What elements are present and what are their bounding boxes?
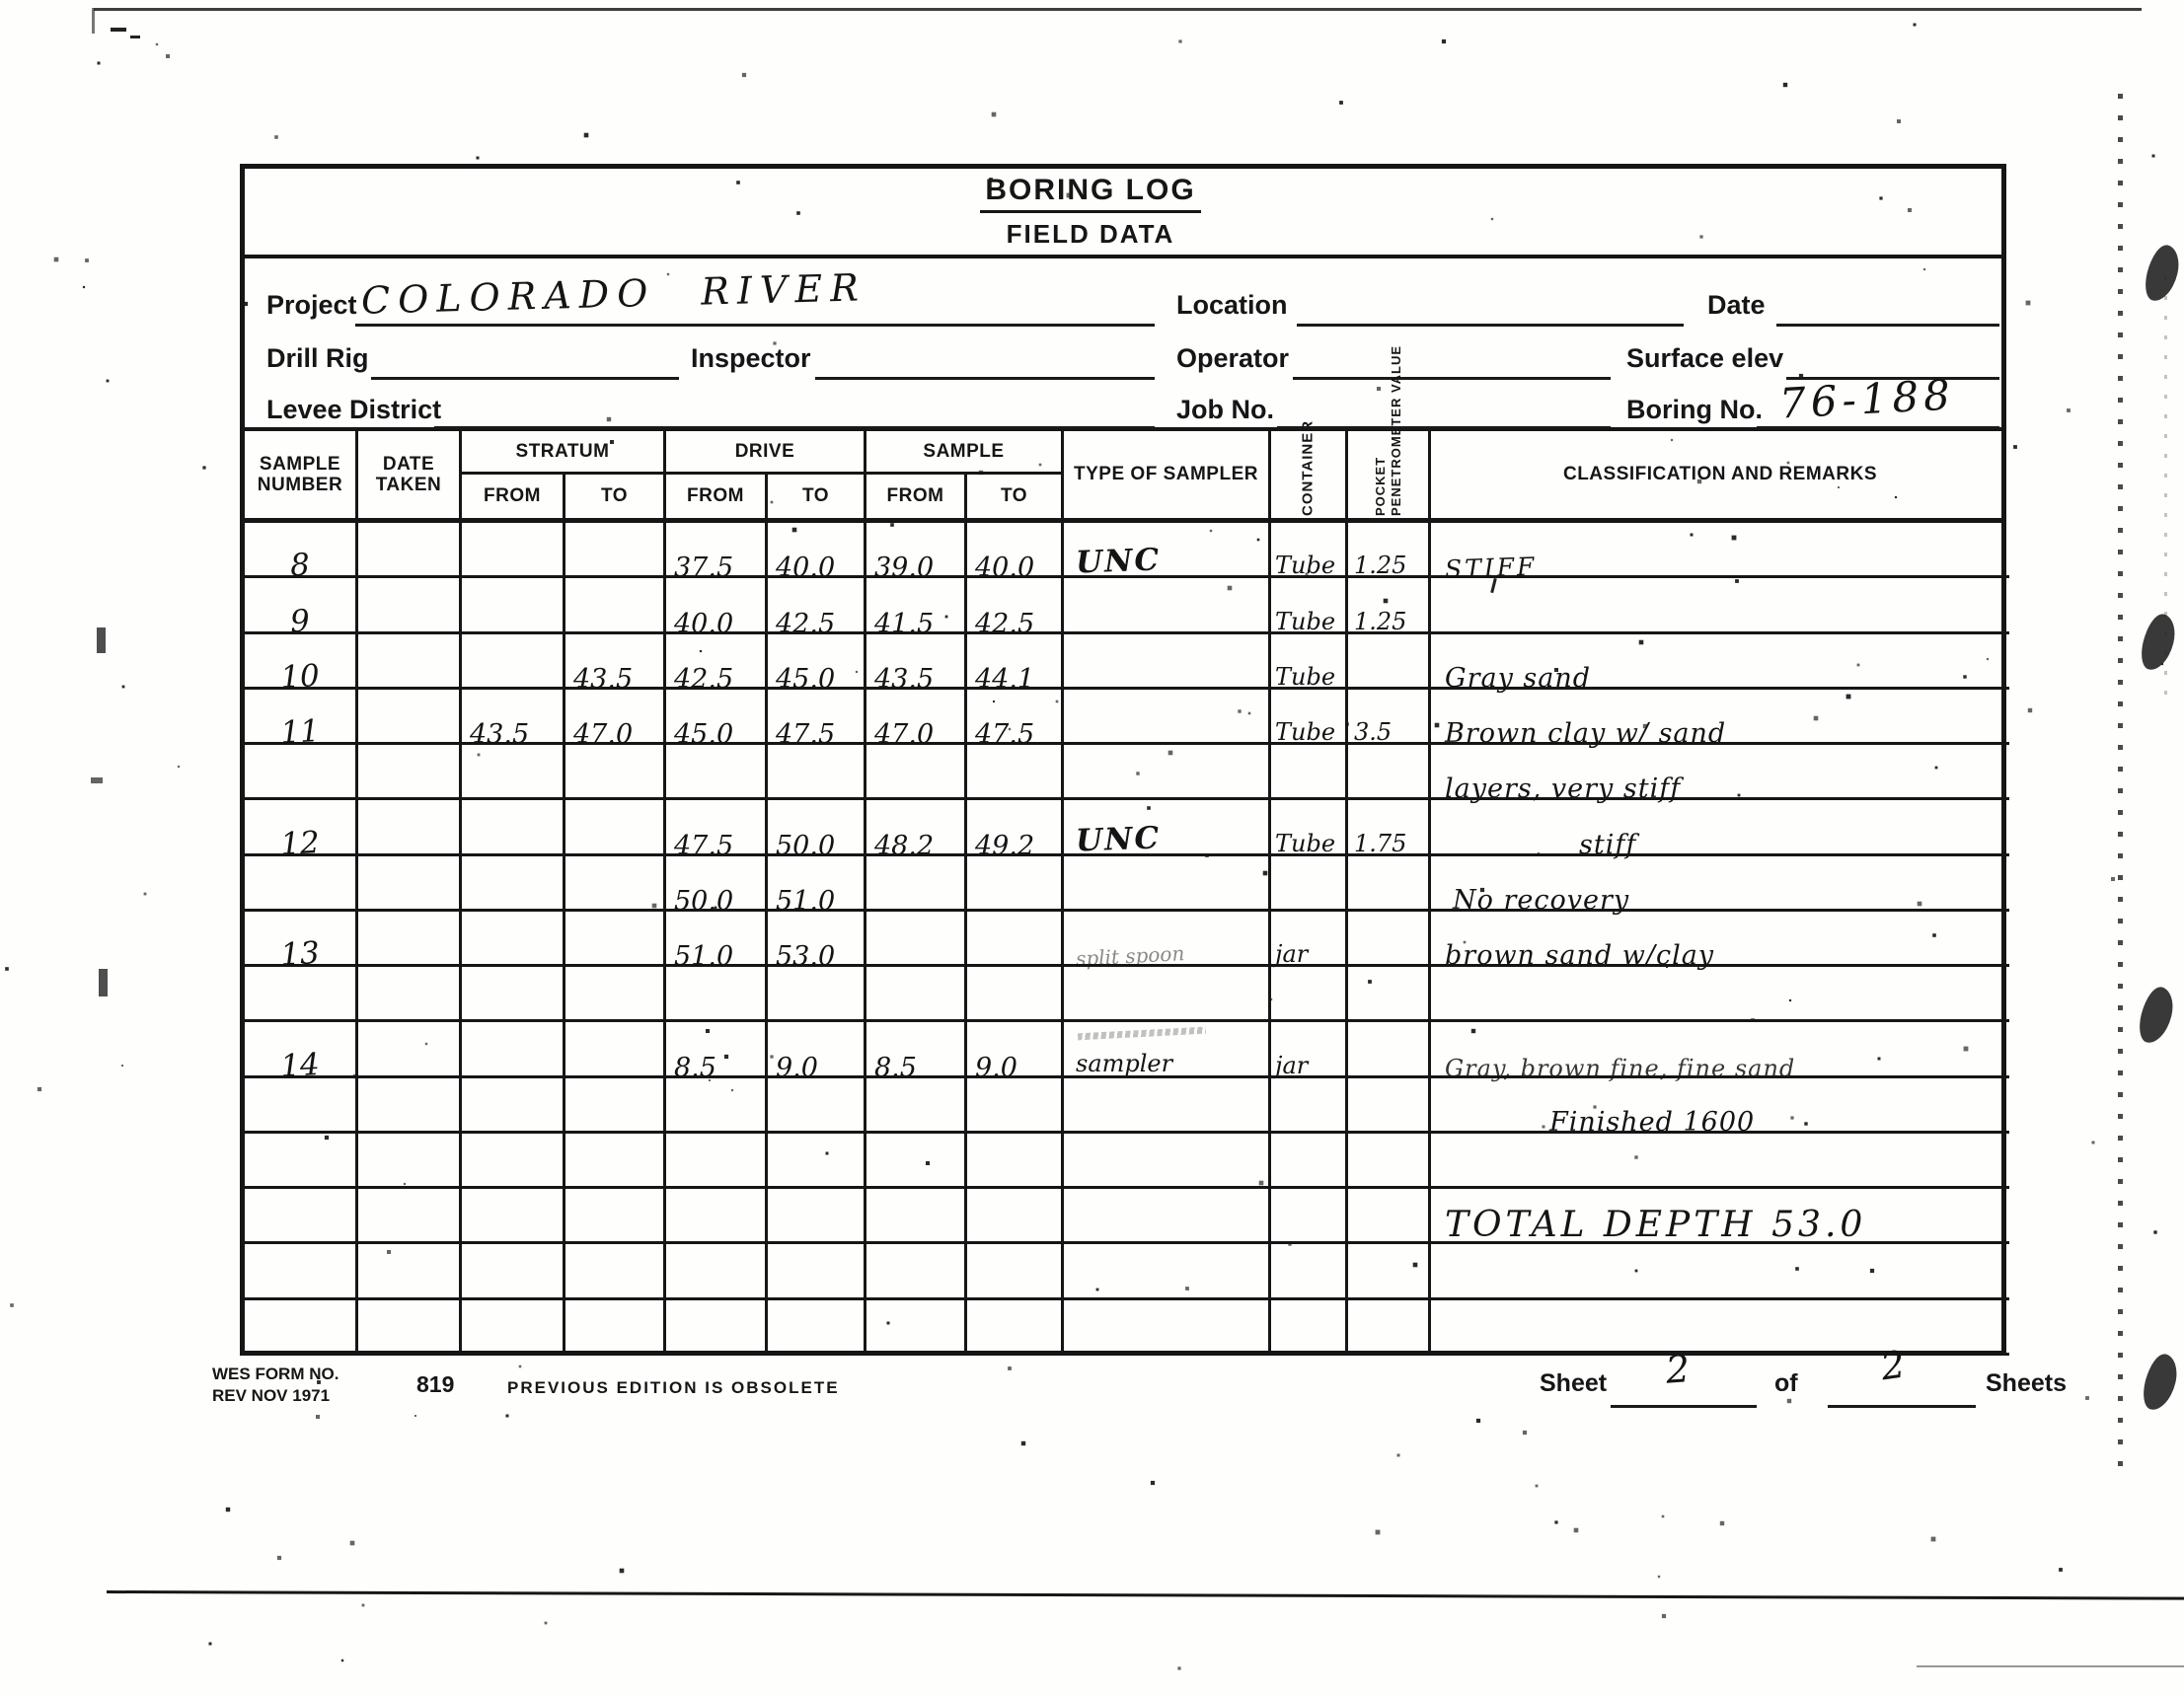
cell-stratum-to — [565, 912, 666, 967]
boring-no-label: Boring No. — [1626, 395, 1763, 425]
cell-remarks: No recovery — [1431, 856, 2009, 912]
cell-drive-to: 42.5 — [768, 578, 866, 633]
cell-drive-from — [666, 1189, 768, 1244]
sheets-label: Sheets — [1986, 1369, 2067, 1398]
cell-sampler — [1064, 690, 1271, 745]
location-line — [1297, 324, 1684, 327]
cell-sample — [245, 1078, 358, 1134]
header-classification: CLASSIFICATION AND REMARKS — [1431, 431, 2009, 518]
cell-stratum-from — [462, 634, 565, 690]
cell-sample-to — [967, 1078, 1064, 1134]
cell-date — [358, 912, 462, 967]
cell-pen — [1348, 745, 1431, 800]
cell-sample — [245, 1134, 358, 1189]
drill-rig-line — [371, 377, 679, 380]
cell-sample-to — [967, 1300, 1064, 1356]
cell-date — [358, 800, 462, 855]
cell-drive-to: 47.5 — [768, 690, 866, 745]
margin-mark — [130, 36, 140, 38]
ink-smudge — [2139, 1351, 2181, 1414]
cell-drive-to: 50.0 — [768, 800, 866, 855]
cell-sample — [245, 1300, 358, 1356]
cell-stratum-to — [565, 1022, 666, 1077]
cell-stratum-to — [565, 1134, 666, 1189]
title-block: BORING LOG FIELD DATA — [245, 169, 2001, 258]
wes-form-rev: REV NOV 1971 — [212, 1386, 330, 1406]
container-vertical-label: CONTAINER — [1299, 353, 1318, 516]
cell-sample-from: 41.5 — [866, 578, 967, 633]
cell-container — [1271, 1078, 1348, 1134]
cell-drive-from — [666, 1078, 768, 1134]
cell-stratum-to — [565, 1300, 666, 1356]
cell-drive-from: 40.0 — [666, 578, 768, 633]
cell-stratum-from — [462, 578, 565, 633]
cell-sample-from: 48.2 — [866, 800, 967, 855]
header-stratum-from: FROM — [462, 475, 565, 518]
cell-sample-to: 40.0 — [967, 523, 1064, 578]
cell-drive-to: 45.0 — [768, 634, 866, 690]
cell-stratum-to — [565, 745, 666, 800]
cell-sample-to — [967, 1134, 1064, 1189]
cell-date — [358, 690, 462, 745]
cell-sampler: split spoon — [1064, 912, 1271, 967]
handwritten-entry: 1.25 — [1354, 552, 1406, 579]
cell-drive-from — [666, 1244, 768, 1299]
cell-drive-to: 53.0 — [768, 912, 866, 967]
cell-sampler — [1064, 1134, 1271, 1189]
cell-drive-to: 51.0 — [768, 856, 866, 912]
cell-sampler: sampler — [1064, 1022, 1271, 1077]
cell-sample-from — [866, 967, 967, 1022]
cell-remarks: STIFF — [1431, 523, 2009, 578]
cell-drive-from: 37.5 — [666, 523, 768, 578]
cell-container: jar — [1271, 1022, 1348, 1077]
header-sample-from: FROM — [866, 475, 967, 518]
cell-sample-to — [967, 967, 1064, 1022]
paper-top-edge — [94, 8, 2142, 11]
cell-pen — [1348, 1244, 1431, 1299]
cell-stratum-from — [462, 800, 565, 855]
wes-form-no: WES FORM NO. — [212, 1364, 339, 1384]
cell-container: Tube — [1271, 523, 1348, 578]
cell-container: Tube — [1271, 634, 1348, 690]
cell-drive-from — [666, 1300, 768, 1356]
cell-sample: 10 — [245, 634, 358, 690]
cell-container — [1271, 1134, 1348, 1189]
sheet-label: Sheet — [1540, 1369, 1607, 1398]
cell-remarks: Finished 1600 — [1431, 1078, 2009, 1134]
cell-stratum-to — [565, 1189, 666, 1244]
cell-sample-to — [967, 856, 1064, 912]
cell-stratum-from — [462, 1078, 565, 1134]
header-pocket-penetrometer: POCKET PENETROMETER VALUE — [1348, 431, 1431, 518]
cell-sample-from — [866, 856, 967, 912]
info-block: Project COLORADO RIVER Location Date Dri… — [245, 258, 2001, 431]
cell-remarks — [1431, 1244, 2009, 1299]
project-label: Project — [266, 290, 357, 321]
cell-sample: 13 — [245, 912, 358, 967]
cell-remarks — [1431, 967, 2009, 1022]
margin-mark — [97, 627, 106, 653]
drill-rig-label: Drill Rig — [266, 343, 369, 374]
handwritten-entry: UNC — [1075, 820, 1161, 858]
date-label: Date — [1707, 290, 1766, 321]
form-subtitle: FIELD DATA — [1007, 219, 1175, 250]
job-no-label: Job No. — [1176, 395, 1274, 425]
cell-container: jar — [1271, 912, 1348, 967]
cell-sample — [245, 967, 358, 1022]
cell-drive-from: 47.5 — [666, 800, 768, 855]
paper-bottom-edge — [107, 1590, 2184, 1600]
header-drive-to: TO — [768, 475, 866, 518]
perforation-dots — [2118, 94, 2123, 1470]
ink-smudge — [2137, 611, 2179, 674]
ink-smudge — [2141, 242, 2183, 305]
cell-pen — [1348, 1022, 1431, 1077]
inspector-label: Inspector — [691, 343, 811, 374]
cell-drive-from: 42.5 — [666, 634, 768, 690]
cell-date — [358, 1189, 462, 1244]
header-sample-to: TO — [967, 475, 1064, 518]
cell-sample: 12 — [245, 800, 358, 855]
cell-date — [358, 745, 462, 800]
cell-pen: 1.25 — [1348, 578, 1431, 633]
cell-remarks: Brown clay w/ sand — [1431, 690, 2009, 745]
cell-sample-to: 9.0 — [967, 1022, 1064, 1077]
header-drive-from: FROM — [666, 475, 768, 518]
header-stratum-to: TO — [565, 475, 666, 518]
cell-sampler — [1064, 1189, 1271, 1244]
cell-date — [358, 967, 462, 1022]
cell-remarks — [1431, 1300, 2009, 1356]
cell-date — [358, 1134, 462, 1189]
handwritten-entry: Tube — [1275, 830, 1335, 857]
cell-sampler: UNC — [1064, 523, 1271, 578]
cell-container — [1271, 1244, 1348, 1299]
cell-stratum-to: 47.0 — [565, 690, 666, 745]
cell-sampler — [1064, 1078, 1271, 1134]
cell-sample-from: 8.5 — [866, 1022, 967, 1077]
sheet-value: 2 — [1664, 1347, 1691, 1392]
cell-sample: 9 — [245, 578, 358, 633]
table-body: 837.540.039.040.0UNCTube1.25STIFF940.042… — [245, 523, 2001, 1356]
cell-sample-to: 42.5 — [967, 578, 1064, 633]
handwritten-entry: jar — [1275, 940, 1308, 968]
cell-container — [1271, 1189, 1348, 1244]
cell-stratum-to — [565, 1244, 666, 1299]
table-header: SAMPLE NUMBER DATE TAKEN STRATUM FROM TO… — [245, 431, 2001, 523]
cell-drive-to: 9.0 — [768, 1022, 866, 1077]
header-container: CONTAINER — [1271, 431, 1348, 518]
cell-sample-to: 49.2 — [967, 800, 1064, 855]
cell-pen — [1348, 967, 1431, 1022]
cell-stratum-to — [565, 856, 666, 912]
cell-remarks: Gray, brown fine, fine sand — [1431, 1022, 2009, 1077]
operator-line — [1293, 377, 1611, 380]
cell-sampler — [1064, 856, 1271, 912]
cell-stratum-from — [462, 745, 565, 800]
cell-pen — [1348, 912, 1431, 967]
cell-drive-from: 8.5 — [666, 1022, 768, 1077]
cell-sample-to — [967, 912, 1064, 967]
handwritten-entry: TOTAL DEPTH 53.0 — [1445, 1205, 1866, 1245]
handwritten-entry: Tube — [1275, 718, 1335, 746]
scan-noise — [0, 0, 2, 2]
cell-container: Tube — [1271, 578, 1348, 633]
cell-drive-from: 50.0 — [666, 856, 768, 912]
cell-drive-from: 45.0 — [666, 690, 768, 745]
cell-remarks: layers, very stiff — [1431, 745, 2009, 800]
cell-stratum-from — [462, 1244, 565, 1299]
cell-stratum-from: 43.5 — [462, 690, 565, 745]
margin-mark — [99, 969, 108, 996]
cell-sample-from — [866, 1300, 967, 1356]
header-date-taken: DATE TAKEN — [358, 431, 462, 518]
cell-drive-from — [666, 745, 768, 800]
cell-drive-from — [666, 1134, 768, 1189]
cell-stratum-from — [462, 912, 565, 967]
of-label: of — [1774, 1369, 1798, 1398]
handwritten-entry: jar — [1275, 1052, 1308, 1079]
sheets-total-line — [1828, 1405, 1976, 1408]
cell-remarks — [1431, 578, 2009, 633]
cell-sampler — [1064, 745, 1271, 800]
cell-sampler — [1064, 634, 1271, 690]
boring-log-form: BORING LOG FIELD DATA Project COLORADO R… — [240, 164, 2006, 1356]
project-value: COLORADO RIVER — [361, 265, 867, 322]
cell-sample-from — [866, 745, 967, 800]
handwritten-entry: 1.75 — [1354, 830, 1406, 857]
cell-stratum-to — [565, 967, 666, 1022]
cell-stratum-to — [565, 800, 666, 855]
cell-pen — [1348, 1189, 1431, 1244]
cell-date — [358, 1300, 462, 1356]
cell-drive-from — [666, 967, 768, 1022]
levee-district-line — [434, 426, 1155, 429]
header-sample: SAMPLE — [866, 431, 1064, 475]
cell-drive-to: 40.0 — [768, 523, 866, 578]
cell-stratum-from — [462, 1189, 565, 1244]
job-no-line — [1277, 426, 1611, 429]
cell-sample-to — [967, 745, 1064, 800]
cell-sample: 8 — [245, 523, 358, 578]
handwritten-entry: 3.5 — [1354, 718, 1392, 746]
cell-stratum-from — [462, 1300, 565, 1356]
cell-sampler — [1064, 578, 1271, 633]
ink-smudge — [2135, 984, 2177, 1047]
cell-container — [1271, 745, 1348, 800]
cell-sample-from — [866, 1078, 967, 1134]
inspector-line — [815, 377, 1155, 380]
cell-container: Tube — [1271, 690, 1348, 745]
cell-date — [358, 523, 462, 578]
handwritten-entry: Tube — [1275, 552, 1335, 579]
cell-remarks: TOTAL DEPTH 53.0 — [1431, 1189, 2009, 1244]
cell-container — [1271, 856, 1348, 912]
cell-stratum-to — [565, 1078, 666, 1134]
cell-stratum-from — [462, 1022, 565, 1077]
cell-pen: 1.75 — [1348, 800, 1431, 855]
cell-pen — [1348, 1300, 1431, 1356]
cell-container — [1271, 967, 1348, 1022]
header-sample-number: SAMPLE NUMBER — [245, 431, 358, 518]
pocket-penetrometer-vertical-label: POCKET PENETROMETER VALUE — [1372, 340, 1404, 516]
cell-sample — [245, 856, 358, 912]
operator-label: Operator — [1176, 343, 1289, 374]
cell-sample — [245, 745, 358, 800]
cell-drive-to — [768, 745, 866, 800]
cell-pen: 1.25 — [1348, 523, 1431, 578]
handwritten-entry: 1.25 — [1354, 608, 1406, 635]
cell-container — [1271, 1300, 1348, 1356]
cell-sample-to: 44.1 — [967, 634, 1064, 690]
obsolete-note: PREVIOUS EDITION IS OBSOLETE — [507, 1378, 840, 1398]
cell-sampler — [1064, 1300, 1271, 1356]
cell-sample-from: 47.0 — [866, 690, 967, 745]
cell-sampler — [1064, 967, 1271, 1022]
cell-sample-from — [866, 1244, 967, 1299]
cell-remarks: brown sand w/clay — [1431, 912, 2009, 967]
cell-sample-from: 39.0 — [866, 523, 967, 578]
cell-sampler: UNC — [1064, 800, 1271, 855]
cell-date — [358, 634, 462, 690]
cell-pen — [1348, 856, 1431, 912]
handwritten-entry: Tube — [1275, 608, 1335, 635]
boring-no-value: 76-188 — [1778, 370, 1956, 427]
margin-mark — [91, 777, 103, 783]
cell-drive-to — [768, 1300, 866, 1356]
cell-sample-to: 47.5 — [967, 690, 1064, 745]
cell-pen: 3.5 — [1348, 690, 1431, 745]
cell-sample-from — [866, 1134, 967, 1189]
cell-sample-from — [866, 912, 967, 967]
form-title: BORING LOG — [980, 174, 1200, 213]
cell-drive-to — [768, 967, 866, 1022]
scanned-page: BORING LOG FIELD DATA Project COLORADO R… — [0, 0, 2184, 1696]
cell-date — [358, 578, 462, 633]
levee-district-label: Levee District — [266, 395, 441, 425]
cell-pen — [1348, 634, 1431, 690]
project-line — [355, 324, 1155, 327]
paper-top-edge-curl — [92, 8, 95, 34]
cell-pen — [1348, 1134, 1431, 1189]
cell-date — [358, 1244, 462, 1299]
date-line — [1776, 324, 1999, 327]
cell-stratum-from — [462, 523, 565, 578]
cell-remarks: Gray sand — [1431, 634, 2009, 690]
surface-elev-label: Surface elev — [1626, 343, 1783, 374]
cell-drive-to — [768, 1189, 866, 1244]
cell-sample — [245, 1189, 358, 1244]
header-stratum: STRATUM — [462, 431, 666, 475]
cell-sample — [245, 1244, 358, 1299]
margin-mark — [111, 28, 126, 32]
header-type-of-sampler: TYPE OF SAMPLER — [1064, 431, 1271, 518]
cell-stratum-to: 43.5 — [565, 634, 666, 690]
cell-drive-to — [768, 1078, 866, 1134]
header-drive: DRIVE — [666, 431, 866, 475]
handwritten-entry: sampler — [1076, 1050, 1172, 1077]
cell-sample: 14 — [245, 1022, 358, 1077]
cell-sampler — [1064, 1244, 1271, 1299]
cell-date — [358, 856, 462, 912]
cell-drive-to — [768, 1134, 866, 1189]
cell-stratum-from — [462, 1134, 565, 1189]
cell-remarks: stiff — [1431, 800, 2009, 855]
cell-sample-from — [866, 1189, 967, 1244]
cell-date — [358, 1078, 462, 1134]
cell-pen — [1348, 1078, 1431, 1134]
cell-remarks — [1431, 1134, 2009, 1189]
cell-drive-from: 51.0 — [666, 912, 768, 967]
form-number: 819 — [416, 1371, 454, 1398]
cell-date — [358, 1022, 462, 1077]
cell-drive-to — [768, 1244, 866, 1299]
cell-stratum-from — [462, 967, 565, 1022]
cell-sample-to — [967, 1244, 1064, 1299]
cell-stratum-to — [565, 523, 666, 578]
paper-bottom-edge-faint — [1917, 1665, 2184, 1667]
cell-stratum-to — [565, 578, 666, 633]
cell-container: Tube — [1271, 800, 1348, 855]
location-label: Location — [1176, 290, 1288, 321]
cell-sample: 11 — [245, 690, 358, 745]
handwritten-entry: Tube — [1275, 663, 1335, 691]
cell-sample-from: 43.5 — [866, 634, 967, 690]
cell-sample-to — [967, 1189, 1064, 1244]
cell-stratum-from — [462, 856, 565, 912]
handwritten-entry: UNC — [1075, 543, 1161, 581]
sheet-line — [1611, 1405, 1757, 1408]
